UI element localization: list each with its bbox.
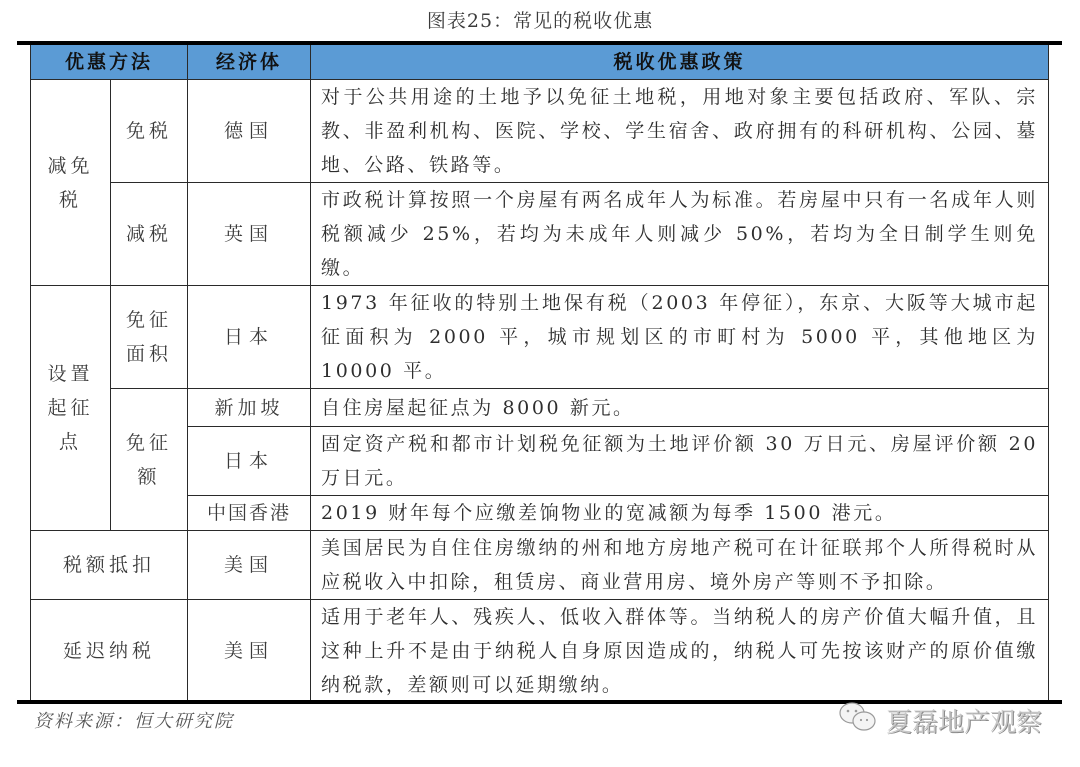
subcategory-cell: 减税 bbox=[111, 183, 188, 286]
table-row: 税额抵扣 美国 美国居民为自住住房缴纳的州和地方房地产税可在计征联邦个人所得税时… bbox=[31, 531, 1049, 600]
economy-cell: 日本 bbox=[188, 427, 311, 496]
header-economy: 经济体 bbox=[188, 45, 311, 80]
table-header-row: 优惠方法 经济体 税收优惠政策 bbox=[31, 45, 1049, 80]
economy-cell: 日本 bbox=[188, 286, 311, 389]
subcategory-cell: 免征 额 bbox=[111, 389, 188, 531]
economy-cell: 美国 bbox=[188, 600, 311, 703]
category-cell: 减免 税 bbox=[31, 80, 111, 286]
subcategory-cell: 免征 面积 bbox=[111, 286, 188, 389]
policy-cell: 1973 年征收的特别土地保有税（2003 年停征），东京、大阪等大城市起征面积… bbox=[311, 286, 1049, 389]
category-cell: 税额抵扣 bbox=[31, 531, 188, 600]
policy-cell: 自住房屋起征点为 8000 新元。 bbox=[311, 389, 1049, 427]
table-row: 延迟纳税 美国 适用于老年人、残疾人、低收入群体等。当纳税人的房产价值大幅升值，… bbox=[31, 600, 1049, 703]
policy-cell: 适用于老年人、残疾人、低收入群体等。当纳税人的房产价值大幅升值，且这种上升不是由… bbox=[311, 600, 1049, 703]
table-row: 免征 额 新加坡 自住房屋起征点为 8000 新元。 bbox=[31, 389, 1049, 427]
category-cell: 延迟纳税 bbox=[31, 600, 188, 703]
policy-cell: 美国居民为自住住房缴纳的州和地方房地产税可在计征联邦个人所得税时从应税收入中扣除… bbox=[311, 531, 1049, 600]
table-row: 设置 起征 点 免征 面积 日本 1973 年征收的特别土地保有税（2003 年… bbox=[31, 286, 1049, 389]
watermark: 夏磊地产观察 bbox=[838, 700, 1042, 741]
policy-cell: 固定资产税和都市计划税免征额为土地评价额 30 万日元、房屋评价额 20 万日元… bbox=[311, 427, 1049, 496]
tax-incentives-table: 优惠方法 经济体 税收优惠政策 减免 税 免税 德国 对于公共用途的土地予以免征… bbox=[30, 45, 1049, 703]
source-note: 资料来源：恒大研究院 bbox=[34, 707, 234, 733]
category-cell: 设置 起征 点 bbox=[31, 286, 111, 531]
table-row: 减免 税 免税 德国 对于公共用途的土地予以免征土地税，用地对象主要包括政府、军… bbox=[31, 80, 1049, 183]
table-row: 减税 英国 市政税计算按照一个房屋有两名成年人为标准。若房屋中只有一名成年人则税… bbox=[31, 183, 1049, 286]
watermark-text: 夏磊地产观察 bbox=[886, 702, 1042, 739]
economy-cell: 中国香港 bbox=[188, 496, 311, 531]
figure-caption: 图表25：常见的税收优惠 bbox=[0, 6, 1080, 33]
policy-cell: 对于公共用途的土地予以免征土地税，用地对象主要包括政府、军队、宗教、非盈利机构、… bbox=[311, 80, 1049, 183]
economy-cell: 美国 bbox=[188, 531, 311, 600]
policy-cell: 市政税计算按照一个房屋有两名成年人为标准。若房屋中只有一名成年人则税额减少 25… bbox=[311, 183, 1049, 286]
header-policy: 税收优惠政策 bbox=[311, 45, 1049, 80]
economy-cell: 英国 bbox=[188, 183, 311, 286]
economy-cell: 新加坡 bbox=[188, 389, 311, 427]
policy-cell: 2019 财年每个应缴差饷物业的宽减额为每季 1500 港元。 bbox=[311, 496, 1049, 531]
header-method: 优惠方法 bbox=[31, 45, 188, 80]
subcategory-cell: 免税 bbox=[111, 80, 188, 183]
economy-cell: 德国 bbox=[188, 80, 311, 183]
wechat-icon bbox=[838, 700, 886, 741]
